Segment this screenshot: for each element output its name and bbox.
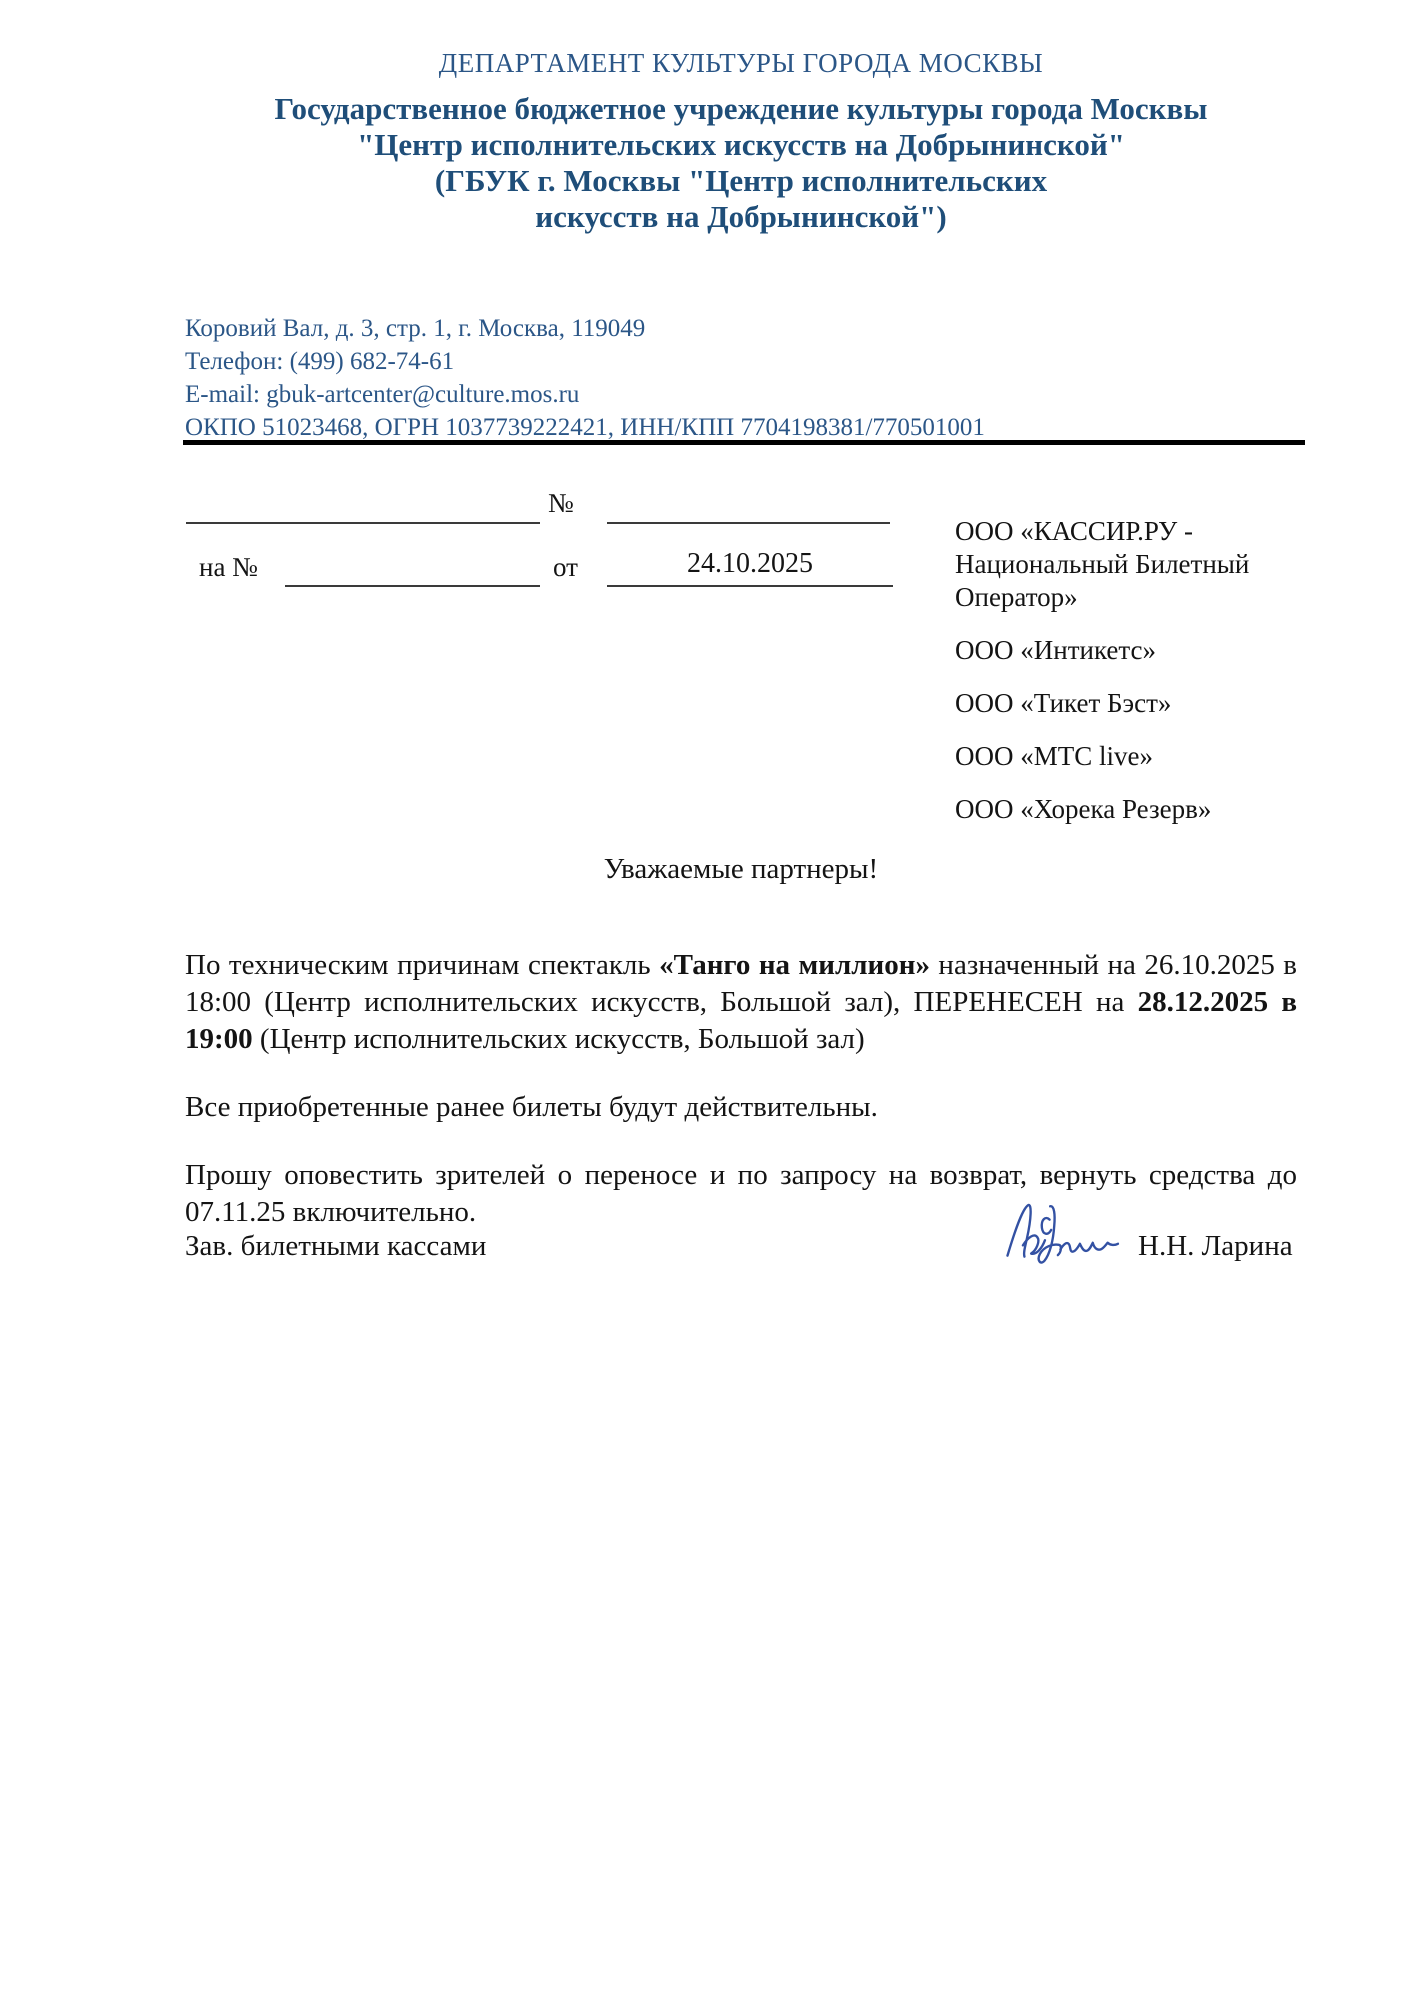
- contact-phone: Телефон: (499) 682-74-61: [185, 345, 1297, 378]
- body-paragraph-tickets-valid: Все приобретенные ранее билеты будут дей…: [185, 1089, 1297, 1126]
- body-paragraph-reschedule: По техническим причинам спектакль «Танго…: [185, 947, 1297, 1058]
- paragraph-text: По техническим причинам спектакль: [185, 949, 659, 981]
- letter-page: ДЕПАРТАМЕНТ КУЛЬТУРЫ ГОРОДА МОСКВЫ Госуд…: [0, 0, 1414, 2000]
- show-title-bold: «Танго на миллион»: [659, 949, 930, 981]
- ot-label: от: [553, 552, 578, 583]
- letterhead-divider-rule: [183, 440, 1305, 445]
- doc-number-blank-line: [186, 522, 540, 524]
- org-name-line: искусств на Добрынинской"): [185, 199, 1297, 235]
- organization-name: Государственное бюджетное учреждение кул…: [185, 91, 1297, 235]
- contact-block: Коровий Вал, д. 3, стр. 1, г. Москва, 11…: [185, 312, 1297, 444]
- handwritten-signature-icon: [1002, 1196, 1126, 1270]
- department-title: ДЕПАРТАМЕНТ КУЛЬТУРЫ ГОРОДА МОСКВЫ: [185, 48, 1297, 79]
- doc-date-blank-line: [607, 522, 890, 524]
- letterhead: ДЕПАРТАМЕНТ КУЛЬТУРЫ ГОРОДА МОСКВЫ Госуд…: [185, 48, 1297, 235]
- signature-position-title: Зав. билетными кассами: [185, 1230, 486, 1263]
- recipients-list: ООО «КАССИР.РУ - Национальный Билетный О…: [955, 515, 1300, 846]
- recipient-item: ООО «МТС live»: [955, 740, 1300, 773]
- recipient-item: ООО «Интикетс»: [955, 634, 1300, 667]
- paragraph-text: (Центр исполнительских искусств, Большой…: [253, 1023, 865, 1055]
- body-paragraph-refunds: Прошу оповестить зрителей о переносе и п…: [185, 1157, 1297, 1231]
- date-blank-line: [607, 585, 893, 587]
- signature-name: Н.Н. Ларина: [1138, 1230, 1293, 1263]
- contact-email: E-mail: gbuk-artcenter@culture.mos.ru: [185, 378, 1297, 411]
- recipient-item: ООО «Хорека Резерв»: [955, 793, 1300, 826]
- org-name-line: Государственное бюджетное учреждение кул…: [185, 91, 1297, 127]
- recipient-item: ООО «КАССИР.РУ - Национальный Билетный О…: [955, 515, 1300, 614]
- org-name-line: (ГБУК г. Москвы "Центр исполнительских: [185, 163, 1297, 199]
- contact-address: Коровий Вал, д. 3, стр. 1, г. Москва, 11…: [185, 312, 1297, 345]
- incoming-number-blank-line: [285, 585, 540, 587]
- na-no-label: на №: [199, 552, 258, 583]
- recipient-item: ООО «Тикет Бэст»: [955, 687, 1300, 720]
- letter-date: 24.10.2025: [607, 548, 893, 580]
- numero-sign: №: [548, 488, 574, 519]
- salutation: Уважаемые партнеры!: [185, 853, 1297, 886]
- org-name-line: "Центр исполнительских искусств на Добры…: [185, 127, 1297, 163]
